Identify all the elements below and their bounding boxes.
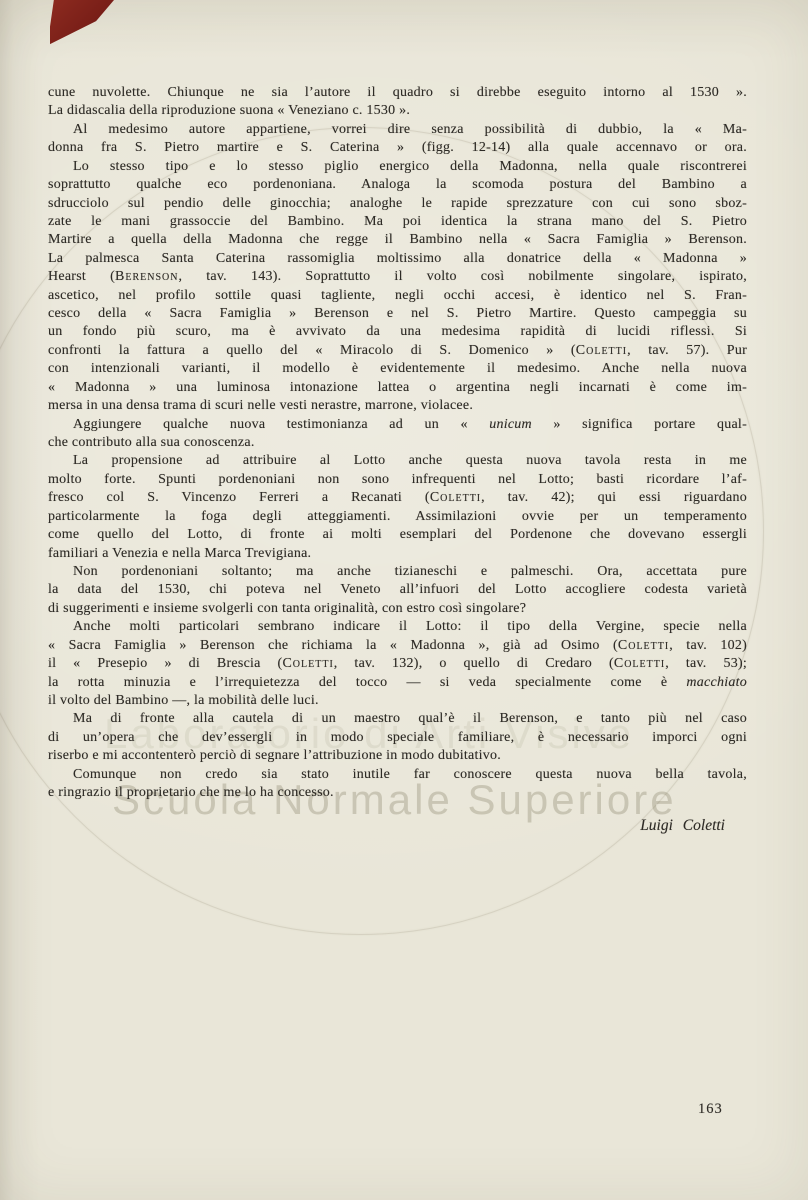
text-line: soprattutto qualche eco pordenoniana. An…	[48, 176, 747, 194]
text-line: donna fra S. Pietro martire e S. Caterin…	[48, 139, 747, 157]
text-line: ascetico, nel profilo sottile quasi tagl…	[48, 287, 747, 305]
text-line: Comunque non credo sia stato inutile far…	[48, 766, 747, 784]
text-line: Al medesimo autore appartiene, vorrei di…	[48, 121, 747, 139]
text-line: il « Presepio » di Brescia (Coletti, tav…	[48, 655, 747, 673]
text-line: la rotta minuzia e l’irrequietezza del t…	[48, 674, 747, 692]
text-line: il volto del Bambino —, la mobilità dell…	[48, 692, 747, 710]
text-line: cesco della « Sacra Famiglia » Berenson …	[48, 305, 747, 323]
text-line: di un’opera che dev’essergli in modo spe…	[48, 729, 747, 747]
text-line: molto forte. Spunti pordenoniani non son…	[48, 471, 747, 489]
text-line: Hearst (Berenson, tav. 143). Soprattutto…	[48, 268, 747, 286]
text-line: e ringrazio il proprietario che me lo ha…	[48, 784, 747, 802]
text-line: familiari a Venezia e nella Marca Trevig…	[48, 545, 747, 563]
text-line: sdrucciolo sul pendio delle ginocchia; a…	[48, 195, 747, 213]
text-line: fresco col S. Vincenzo Ferreri a Recanat…	[48, 489, 747, 507]
text-line: cune nuvolette. Chiunque ne sia l’autore…	[48, 84, 747, 102]
text-line: riserbo e mi accontenterò perciò di segn…	[48, 747, 747, 765]
text-line: un fondo più scuro, ma è avvivato da una…	[48, 323, 747, 341]
text-line: zate le mani grassoccie del Bambino. Ma …	[48, 213, 747, 231]
book-page: Laboratorio di Arti Visive Scuola Normal…	[0, 0, 808, 1200]
author-signature: Luigi Coletti	[640, 817, 725, 835]
text-line: confronti la fattura a quello del « Mira…	[48, 342, 747, 360]
page-number: 163	[698, 1101, 723, 1118]
text-line: « Sacra Famiglia » Berenson che richiama…	[48, 637, 747, 655]
text-line: la data del 1530, chi poteva nel Veneto …	[48, 581, 747, 599]
red-corner-mark	[50, 0, 114, 46]
text-line: Anche molti particolari sembrano indicar…	[48, 618, 747, 636]
body-text: cune nuvolette. Chiunque ne sia l’autore…	[48, 84, 747, 802]
text-line: mersa in una densa trama di scuri nelle …	[48, 397, 747, 415]
text-line: con intenzionali varianti, il modello è …	[48, 360, 747, 378]
text-line: che contributo alla sua conoscenza.	[48, 434, 747, 452]
text-line: La propensione ad attribuire al Lotto an…	[48, 452, 747, 470]
text-line: Non pordenoniani soltanto; ma anche tizi…	[48, 563, 747, 581]
text-line: Lo stesso tipo e lo stesso piglio energi…	[48, 158, 747, 176]
text-line: Aggiungere qualche nuova testimonianza a…	[48, 416, 747, 434]
text-line: come quello del Lotto, di fronte ai molt…	[48, 526, 747, 544]
text-line: La palmesca Santa Caterina rassomiglia m…	[48, 250, 747, 268]
text-line: Martire a quella della Madonna che regge…	[48, 231, 747, 249]
text-line: « Madonna » una luminosa intonazione lat…	[48, 379, 747, 397]
text-line: particolarmente la foga degli atteggiame…	[48, 508, 747, 526]
text-line: Ma di fronte alla cautela di un maestro …	[48, 710, 747, 728]
text-line: di suggerimenti e insieme svolgerli con …	[48, 600, 747, 618]
text-line: La didascalia della riproduzione suona «…	[48, 102, 747, 120]
